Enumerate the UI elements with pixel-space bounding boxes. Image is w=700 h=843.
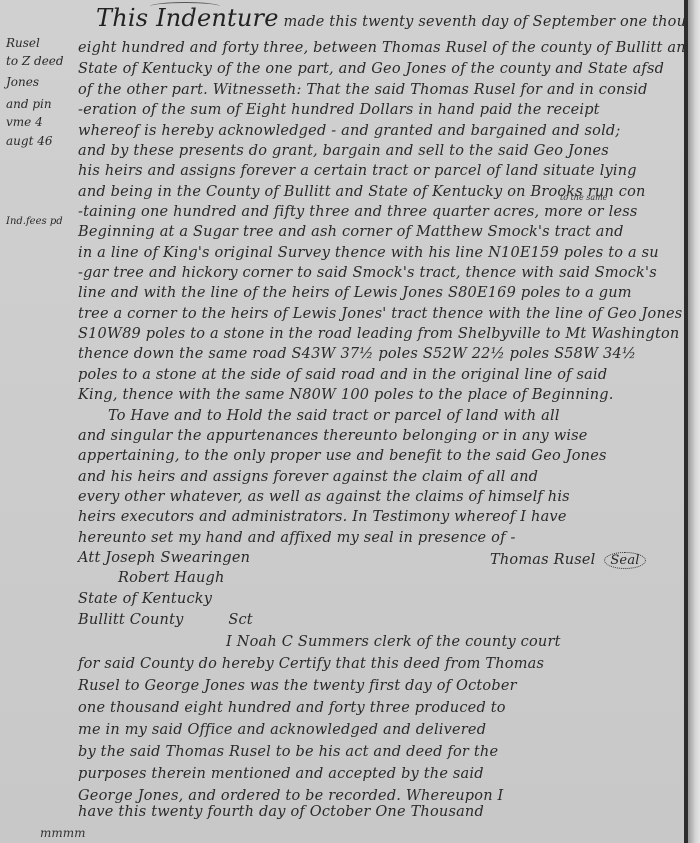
page-gutter: [688, 0, 700, 843]
cert-line-6: purposes therein mentioned and accepted …: [78, 766, 484, 782]
deed-line-9: -taining one hundred and fifty three and…: [78, 204, 638, 220]
witness-line-1: Att Joseph Swearingen: [78, 550, 250, 566]
deed-line-11: in a line of King's original Survey then…: [78, 245, 659, 261]
deed-line-18: King, thence with the same N80W 100 pole…: [78, 387, 614, 403]
deed-line-6: and by these presents do grant, bargain …: [78, 143, 609, 159]
deed-line-10: Beginning at a Sugar tree and ash corner…: [78, 224, 624, 240]
deed-line-20: and singular the appurtenances thereunto…: [78, 428, 588, 444]
deed-line-16: thence down the same road S43W 37½ poles…: [78, 346, 636, 362]
cert-county: Bullitt County: [78, 612, 184, 628]
bottom-scribble: mmmm: [40, 826, 86, 840]
cert-line-4: me in my said Office and acknowledged an…: [78, 722, 486, 738]
margin-note-rusel: Rusel: [6, 36, 40, 50]
deed-title: This Indenture: [96, 4, 279, 32]
cert-line-8: have this twenty fourth day of October O…: [78, 804, 484, 820]
cert-line-1: for said County do hereby Certify that t…: [78, 656, 544, 672]
deed-line-13: line and with the line of the heirs of L…: [78, 285, 632, 301]
grantor-signature-line: Thomas Rusel Seal: [490, 552, 646, 569]
cert-line-5: by the said Thomas Rusel to be his act a…: [78, 744, 498, 760]
deed-line-12: -gar tree and hickory corner to said Smo…: [78, 265, 657, 281]
deed-line-3: of the other part. Witnesseth: That the …: [78, 82, 648, 98]
deed-line-23: every other whatever, as well as against…: [78, 489, 570, 505]
margin-note-aug: augt 46: [6, 134, 52, 148]
cert-line-3: one thousand eight hundred and forty thr…: [78, 700, 506, 716]
deed-line-2: State of Kentucky of the one part, and G…: [78, 61, 664, 77]
interlinear-note: to the same: [560, 193, 607, 202]
margin-note-deed: to Z deed: [6, 54, 64, 68]
deed-line-21: appertaining, to the only proper use and…: [78, 448, 607, 464]
cert-sct: Sct: [228, 612, 252, 628]
cert-line-2: Rusel to George Jones was the twenty fir…: [78, 678, 517, 694]
deed-line-14: tree a corner to the heirs of Lewis Jone…: [78, 306, 682, 322]
witness-2: Robert Haugh: [118, 570, 225, 586]
margin-note-vme: vme 4: [6, 115, 43, 129]
margin-note-fees: Ind.fees pd: [6, 216, 63, 227]
attest-prefix: Att: [78, 550, 100, 566]
deed-line-1: eight hundred and forty three, between T…: [78, 40, 695, 56]
deed-line-22: and his heirs and assigns forever agains…: [78, 469, 538, 485]
cert-state: State of Kentucky: [78, 591, 212, 607]
deed-line-17: poles to a stone at the side of said roa…: [78, 367, 607, 383]
deed-line-5: whereof is hereby acknowledged - and gra…: [78, 123, 620, 139]
margin-note-jones: Jones: [6, 75, 39, 89]
cert-line-0: I Noah C Summers clerk of the county cou…: [226, 634, 561, 650]
deed-line-4: -eration of the sum of Eight hundred Dol…: [78, 102, 600, 118]
deed-line-25: hereunto set my hand and affixed my seal…: [78, 530, 516, 546]
cert-county-line: Bullitt County Sct: [78, 612, 253, 628]
deed-line-7: his heirs and assigns forever a certain …: [78, 163, 637, 179]
deed-line-24: heirs executors and administrators. In T…: [78, 509, 567, 525]
deed-line-0: This Indenture made this twenty seventh …: [96, 4, 700, 32]
margin-note-and-pin: and pin: [6, 97, 52, 111]
deed-line-19: To Have and to Hold the said tract or pa…: [108, 408, 560, 424]
deed-page: Rusel to Z deed Jones and pin vme 4 augt…: [0, 0, 684, 843]
seal-mark: Seal: [604, 552, 645, 569]
grantor-signature: Thomas Rusel: [490, 552, 596, 568]
deed-line-15: S10W89 poles to a stone in the road lead…: [78, 326, 679, 342]
cert-line-7: George Jones, and ordered to be recorded…: [78, 788, 503, 804]
witness-1: Joseph Swearingen: [105, 550, 250, 566]
